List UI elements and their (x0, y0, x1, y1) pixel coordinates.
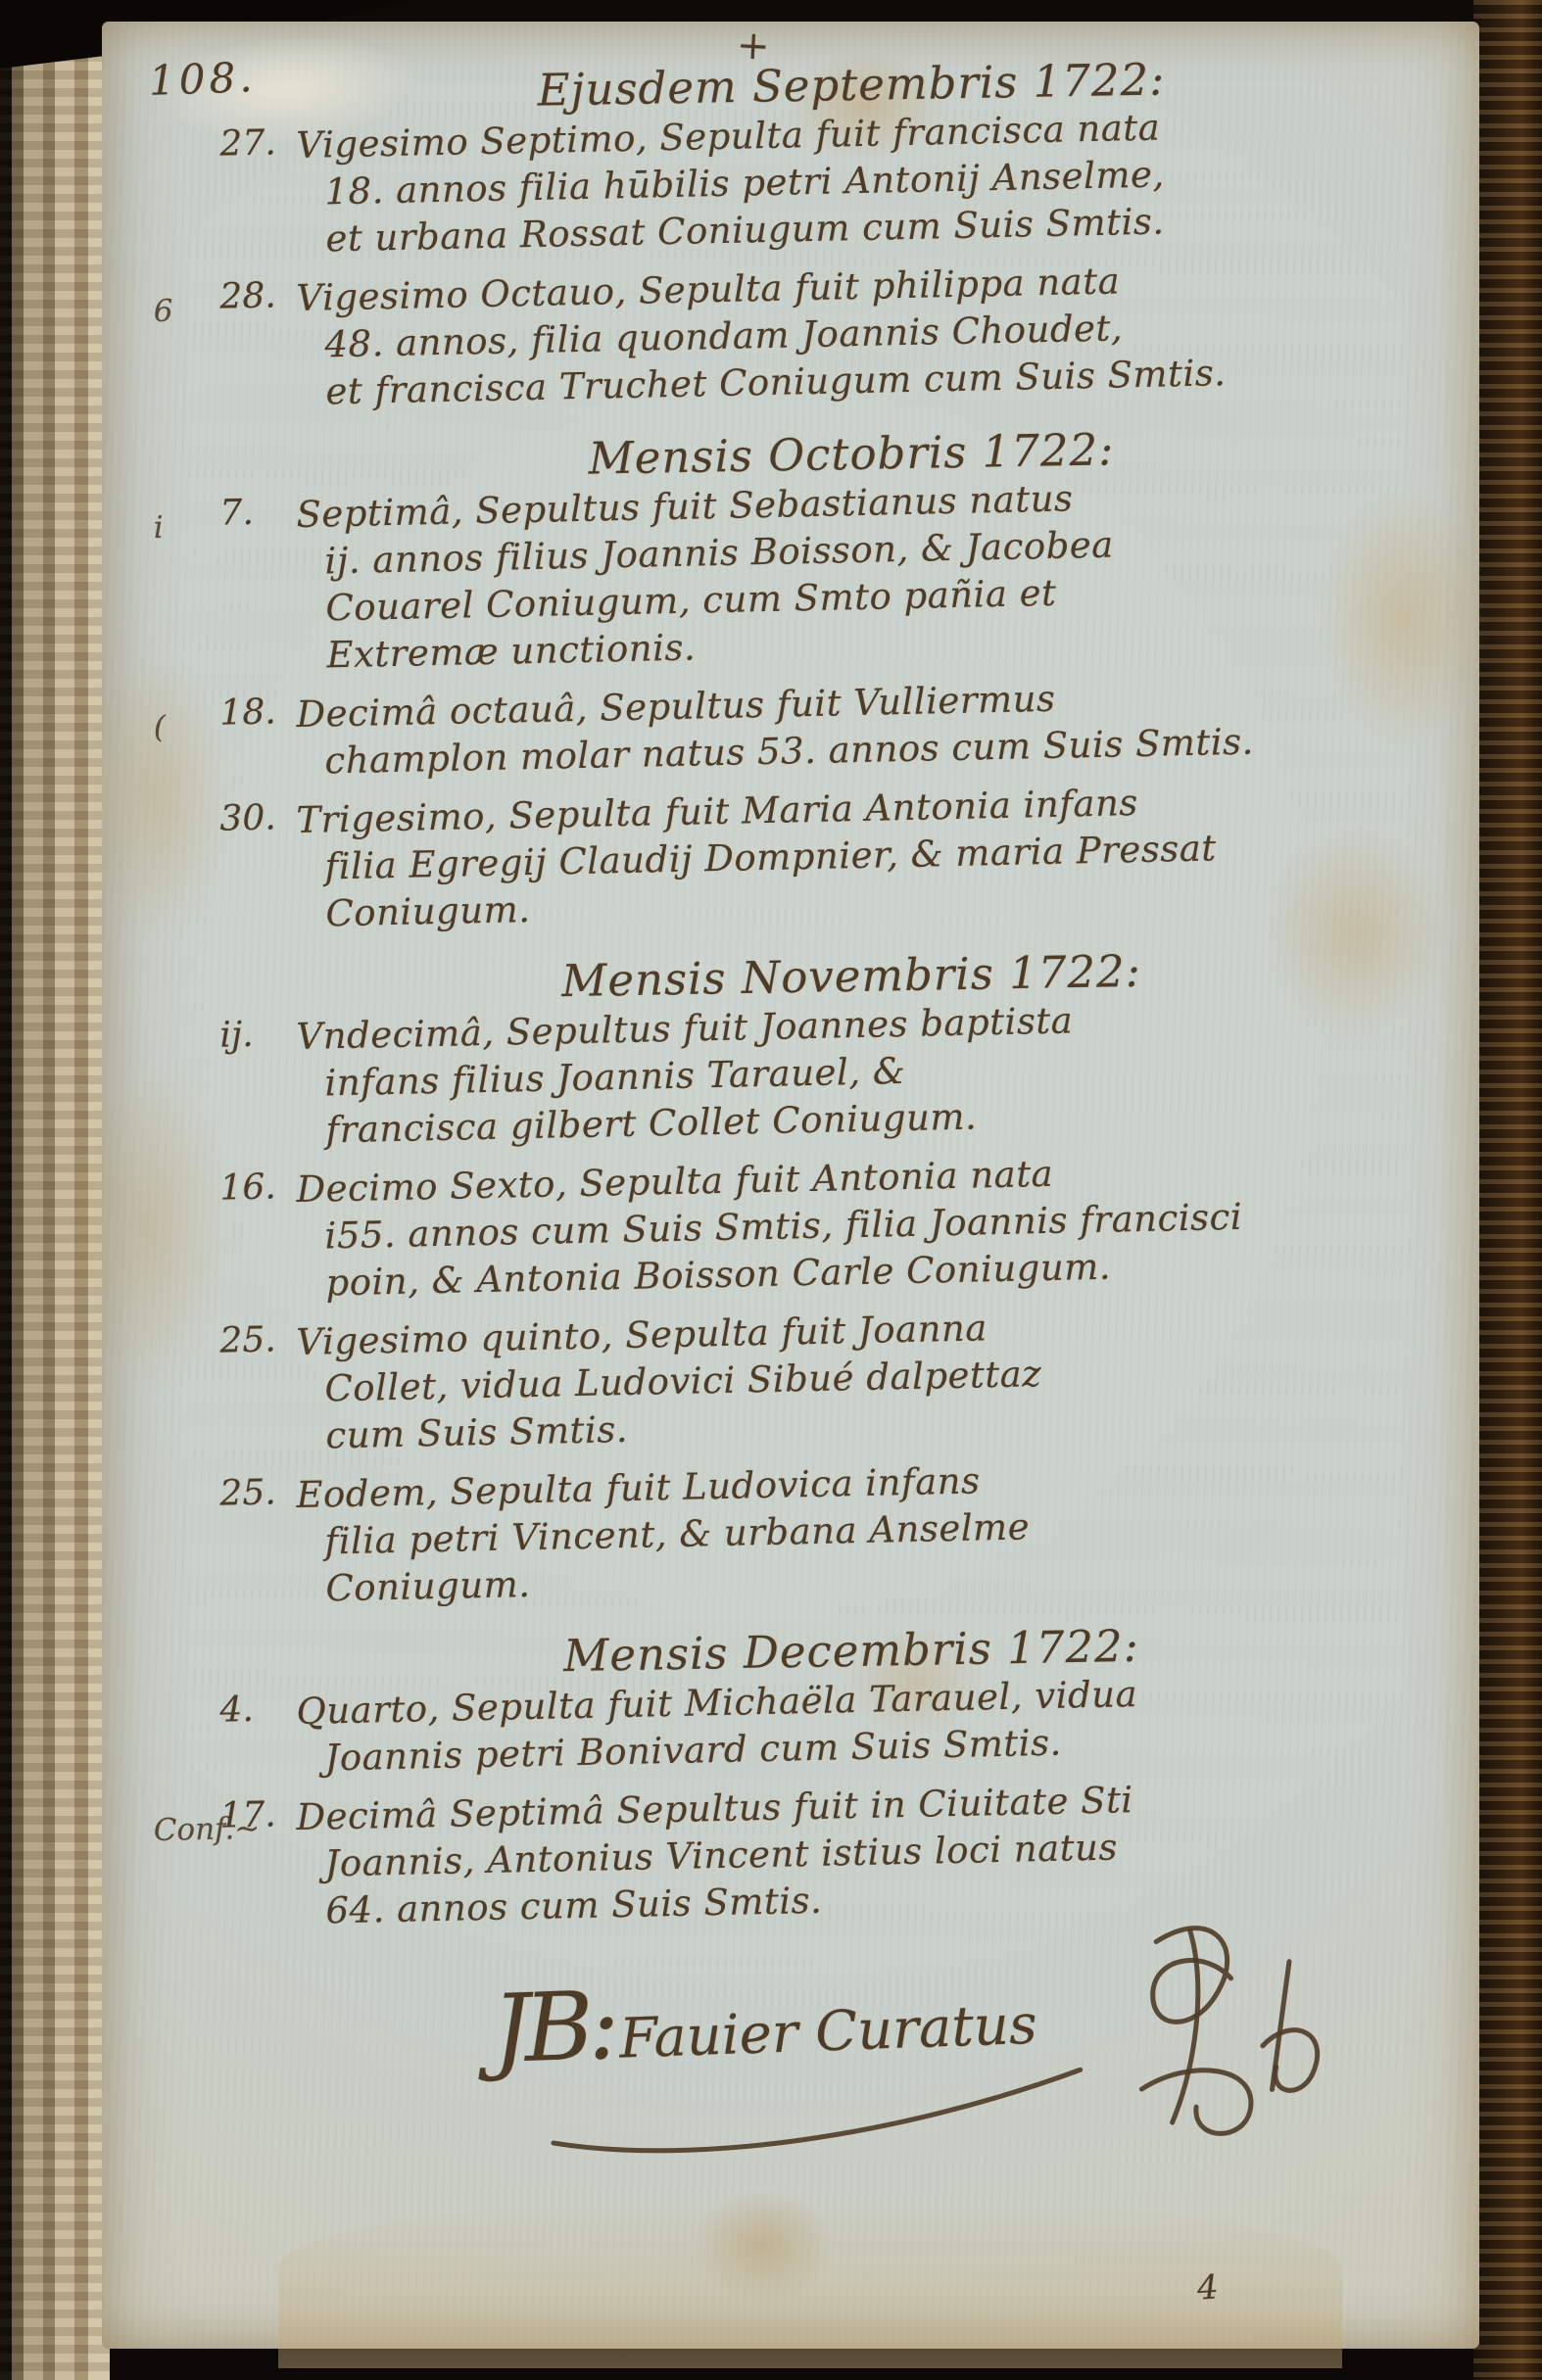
register-section: Mensis Decembris 1722:4.Quarto, Sepulta … (131, 1625, 1464, 1935)
book-binding-left (0, 0, 110, 2380)
burial-entry: 7.iSeptimâ, Sepultus fuit Sebastianus na… (296, 467, 1468, 680)
entry-day-number: 25. (219, 1472, 276, 1513)
register-section: Mensis Novembris 1722:ij.Vndecimâ, Sepul… (131, 950, 1464, 1613)
burial-entry: 25.Eodem, Sepulta fuit Ludovica infansfi… (296, 1448, 1467, 1613)
entry-day-number: ij. (219, 1015, 254, 1056)
signature-underline-stroke (544, 2062, 1095, 2168)
bottom-ink-mark: 4 (1196, 2267, 1220, 2308)
register-page: 108. + Ejusdem Septembris 1722:27.Vigesi… (102, 22, 1479, 2349)
curate-signature: JB: Fauier Curatus (491, 1956, 1038, 2084)
entry-day-number: 30. (219, 797, 276, 838)
signature-paraph-icon (1096, 1906, 1360, 2160)
margin-note: Conf.~ (153, 1811, 260, 1848)
entry-day-number: 25. (219, 1319, 276, 1360)
margin-note: 6 (153, 294, 172, 329)
entry-day-number: 16. (219, 1166, 276, 1208)
entry-day-number: 4. (219, 1690, 254, 1731)
book-edge-right (1473, 0, 1542, 2380)
signature-name: Fauier Curatus (618, 1993, 1038, 2071)
margin-note: ( (153, 710, 166, 745)
burial-entry: 30.Trigesimo, Sepulta fuit Maria Antonia… (296, 773, 1467, 938)
burial-entry: 25.Vigesimo quinto, Sepulta fuit JoannaC… (296, 1295, 1467, 1460)
signature-block: JB: Fauier Curatus (422, 1934, 1360, 2172)
paper-stain (690, 2186, 837, 2304)
register-sections: Ejusdem Septembris 1722:27.Vigesimo Sept… (131, 59, 1464, 1935)
register-content: Ejusdem Septembris 1722:27.Vigesimo Sept… (131, 47, 1464, 2157)
entry-day-number: 7. (219, 493, 254, 534)
margin-note: i (153, 510, 164, 546)
burial-entry: ij.Vndecimâ, Sepultus fuit Joannes bapti… (296, 989, 1467, 1155)
entry-day-number: 27. (219, 122, 276, 164)
paper-stain (278, 2202, 1342, 2368)
entry-day-number: 18. (219, 691, 276, 733)
photo-canvas: 108. + Ejusdem Septembris 1722:27.Vigesi… (0, 0, 1542, 2380)
register-section: Mensis Octobris 1722:7.iSeptimâ, Sepultu… (131, 428, 1464, 938)
burial-entry: 18.(Decimâ octauâ, Sepultus fuit Vullier… (296, 667, 1466, 785)
signature-initials: JB: (491, 1971, 615, 2084)
burial-entry: 27.Vigesimo Septimo, Sepulta fuit franci… (296, 98, 1467, 263)
burial-entry: 16.Decimo Sexto, Sepulta fuit Antonia na… (296, 1142, 1467, 1308)
entry-day-number: 28. (219, 275, 276, 316)
burial-entry: 28.6Vigesimo Octauo, Sepulta fuit philip… (296, 251, 1467, 416)
register-section: Ejusdem Septembris 1722:27.Vigesimo Sept… (131, 59, 1464, 416)
